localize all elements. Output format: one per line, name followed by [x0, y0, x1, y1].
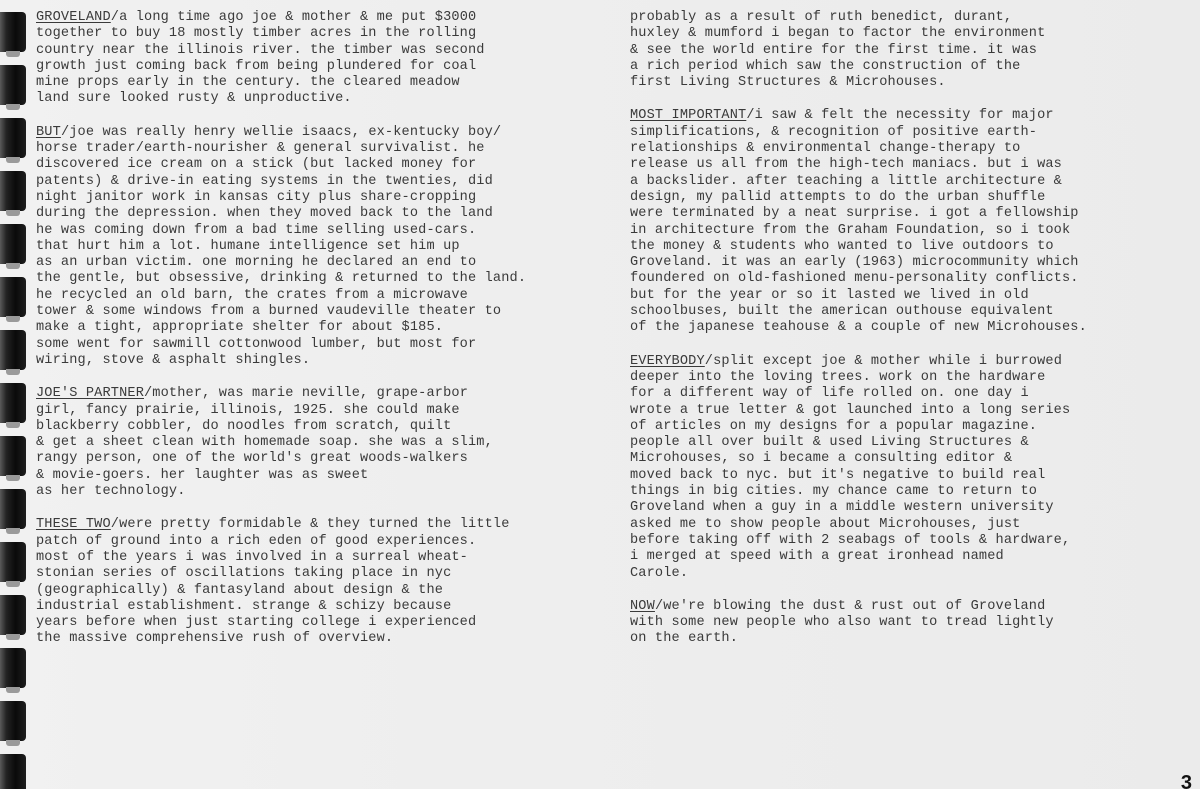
- paragraph: MOST IMPORTANT/i saw & felt the necessit…: [630, 108, 1087, 336]
- line-text: growth just coming back from being plund…: [36, 59, 476, 74]
- line-text: country near the illinois river. the tim…: [36, 43, 485, 58]
- line-text: the money & students who wanted to live …: [630, 239, 1054, 254]
- line-text: /a long time ago joe & mother & me put $…: [111, 10, 477, 25]
- text-line: moved back to nyc. but it's negative to …: [630, 468, 1087, 484]
- text-line: for a different way of life rolled on. o…: [630, 386, 1087, 402]
- binding-loop: [0, 436, 26, 476]
- text-line: deeper into the loving trees. work on th…: [630, 370, 1087, 386]
- text-line: together to buy 18 mostly timber acres i…: [36, 26, 526, 42]
- line-text: design, my pallid attempts to do the urb…: [630, 190, 1045, 205]
- text-line: things in big cities. my chance came to …: [630, 484, 1087, 500]
- line-text: but for the year or so it lasted we live…: [630, 288, 1029, 303]
- binding-loop: [0, 277, 26, 317]
- line-text: /split except joe & mother while i burro…: [705, 354, 1062, 369]
- text-line: foundered on old-fashioned menu-personal…: [630, 271, 1087, 287]
- line-text: as an urban victim. one morning he decla…: [36, 255, 476, 270]
- line-text: as her technology.: [36, 484, 186, 499]
- line-text: Groveland when a guy in a middle western…: [630, 500, 1054, 515]
- line-text: a rich period which saw the construction…: [630, 59, 1020, 74]
- line-text: discovered ice cream on a stick (but lac…: [36, 157, 476, 172]
- text-line: blackberry cobbler, do noodles from scra…: [36, 419, 526, 435]
- line-text: /joe was really henry wellie isaacs, ex-…: [61, 125, 501, 140]
- line-text: before taking off with 2 seabags of tool…: [630, 533, 1070, 548]
- line-text: the massive comprehensive rush of overvi…: [36, 631, 393, 646]
- line-text: for a different way of life rolled on. o…: [630, 386, 1029, 401]
- binding-loop: [0, 65, 26, 105]
- line-text: most of the years i was involved in a su…: [36, 550, 468, 565]
- text-line: land sure looked rusty & unproductive.: [36, 91, 526, 107]
- text-line: huxley & mumford i began to factor the e…: [630, 26, 1087, 42]
- text-line: patents) & drive-in eating systems in th…: [36, 174, 526, 190]
- line-text: that hurt him a lot. humane intelligence…: [36, 239, 460, 254]
- paragraph-lead: MOST IMPORTANT: [630, 108, 746, 123]
- binding-loop: [0, 224, 26, 264]
- line-text: asked me to show people about Microhouse…: [630, 517, 1020, 532]
- line-text: probably as a result of ruth benedict, d…: [630, 10, 1012, 25]
- line-text: (geographically) & fantasyland about des…: [36, 583, 443, 598]
- binding-loop: [0, 118, 26, 158]
- line-text: rangy person, one of the world's great w…: [36, 451, 468, 466]
- text-line: years before when just starting college …: [36, 615, 526, 631]
- paragraph-lead: EVERYBODY: [630, 354, 705, 369]
- line-text: Groveland. it was an early (1963) microc…: [630, 255, 1079, 270]
- text-line: wrote a true letter & got launched into …: [630, 403, 1087, 419]
- line-text: were terminated by a neat surprise. i go…: [630, 206, 1079, 221]
- text-line: (geographically) & fantasyland about des…: [36, 583, 526, 599]
- binding-loop: [0, 542, 26, 582]
- paragraph-lead: BUT: [36, 125, 61, 140]
- paragraph-lead: THESE TWO: [36, 517, 111, 532]
- text-line: he recycled an old barn, the crates from…: [36, 288, 526, 304]
- paragraph-lead: NOW: [630, 599, 655, 614]
- line-text: i merged at speed with a great ironhead …: [630, 549, 1004, 564]
- text-line: MOST IMPORTANT/i saw & felt the necessit…: [630, 108, 1087, 124]
- line-text: stonian series of oscillations taking pl…: [36, 566, 451, 581]
- text-line: mine props early in the century. the cle…: [36, 75, 526, 91]
- text-line: night janitor work in kansas city plus s…: [36, 190, 526, 206]
- paragraph: JOE'S PARTNER/mother, was marie neville,…: [36, 386, 526, 500]
- paragraph: probably as a result of ruth benedict, d…: [630, 10, 1087, 91]
- text-line: THESE TWO/were pretty formidable & they …: [36, 517, 526, 533]
- line-text: some went for sawmill cottonwood lumber,…: [36, 337, 476, 352]
- text-line: relationships & environmental change-the…: [630, 141, 1087, 157]
- text-line: asked me to show people about Microhouse…: [630, 517, 1087, 533]
- text-line: before taking off with 2 seabags of tool…: [630, 533, 1087, 549]
- binding-loop: [0, 489, 26, 529]
- line-text: /we're blowing the dust & rust out of Gr…: [655, 599, 1045, 614]
- text-line: of the japanese teahouse & a couple of n…: [630, 320, 1087, 336]
- binding-loop: [0, 330, 26, 370]
- line-text: /mother, was marie neville, grape-arbor: [144, 386, 468, 401]
- text-line: during the depression. when they moved b…: [36, 206, 526, 222]
- line-text: patch of ground into a rich eden of good…: [36, 534, 476, 549]
- text-line: that hurt him a lot. humane intelligence…: [36, 239, 526, 255]
- line-text: during the depression. when they moved b…: [36, 206, 493, 221]
- text-line: Groveland when a guy in a middle western…: [630, 500, 1087, 516]
- text-line: industrial establishment. strange & schi…: [36, 599, 526, 615]
- line-text: of articles on my designs for a popular …: [630, 419, 1037, 434]
- paragraph-lead: GROVELAND: [36, 10, 111, 25]
- text-line: some went for sawmill cottonwood lumber,…: [36, 337, 526, 353]
- text-line: & see the world entire for the first tim…: [630, 43, 1087, 59]
- text-line: girl, fancy prairie, illinois, 1925. she…: [36, 403, 526, 419]
- text-line: JOE'S PARTNER/mother, was marie neville,…: [36, 386, 526, 402]
- text-line: patch of ground into a rich eden of good…: [36, 534, 526, 550]
- binding-loop: [0, 701, 26, 741]
- line-text: mine props early in the century. the cle…: [36, 75, 460, 90]
- right-column: probably as a result of ruth benedict, d…: [630, 10, 1087, 665]
- text-line: release us all from the high-tech maniac…: [630, 157, 1087, 173]
- text-line: in architecture from the Graham Foundati…: [630, 223, 1087, 239]
- text-line: most of the years i was involved in a su…: [36, 550, 526, 566]
- binding-loop: [0, 754, 26, 789]
- line-text: years before when just starting college …: [36, 615, 476, 630]
- text-line: tower & some windows from a burned vaude…: [36, 304, 526, 320]
- text-line: GROVELAND/a long time ago joe & mother &…: [36, 10, 526, 26]
- line-text: Microhouses, so i became a consulting ed…: [630, 451, 1012, 466]
- binding-loop: [0, 383, 26, 423]
- line-text: first Living Structures & Microhouses.: [630, 75, 946, 90]
- line-text: huxley & mumford i began to factor the e…: [630, 26, 1045, 41]
- left-column: GROVELAND/a long time ago joe & mother &…: [36, 10, 526, 665]
- line-text: a backslider. after teaching a little ar…: [630, 174, 1062, 189]
- text-line: were terminated by a neat surprise. i go…: [630, 206, 1087, 222]
- line-text: wiring, stove & asphalt shingles.: [36, 353, 310, 368]
- text-line: as an urban victim. one morning he decla…: [36, 255, 526, 271]
- text-line: simplifications, & recognition of positi…: [630, 125, 1087, 141]
- paragraph: NOW/we're blowing the dust & rust out of…: [630, 599, 1087, 648]
- line-text: moved back to nyc. but it's negative to …: [630, 468, 1045, 483]
- line-text: schoolbuses, built the american outhouse…: [630, 304, 1054, 319]
- line-text: relationships & environmental change-the…: [630, 141, 1020, 156]
- text-line: with some new people who also want to tr…: [630, 615, 1087, 631]
- paragraph-lead: JOE'S PARTNER: [36, 386, 144, 401]
- line-text: girl, fancy prairie, illinois, 1925. she…: [36, 403, 460, 418]
- text-line: make a tight, appropriate shelter for ab…: [36, 320, 526, 336]
- line-text: deeper into the loving trees. work on th…: [630, 370, 1045, 385]
- line-text: & get a sheet clean with homemade soap. …: [36, 435, 493, 450]
- line-text: /i saw & felt the necessity for major: [746, 108, 1053, 123]
- line-text: he was coming down from a bad time selli…: [36, 223, 476, 238]
- line-text: industrial establishment. strange & schi…: [36, 599, 451, 614]
- line-text: & see the world entire for the first tim…: [630, 43, 1037, 58]
- paragraph: BUT/joe was really henry wellie isaacs, …: [36, 125, 526, 369]
- text-line: design, my pallid attempts to do the urb…: [630, 190, 1087, 206]
- line-text: patents) & drive-in eating systems in th…: [36, 174, 493, 189]
- line-text: blackberry cobbler, do noodles from scra…: [36, 419, 451, 434]
- text-line: & movie-goers. her laughter was as sweet: [36, 468, 526, 484]
- text-line: i merged at speed with a great ironhead …: [630, 549, 1087, 565]
- binding-loop: [0, 648, 26, 688]
- text-line: the money & students who wanted to live …: [630, 239, 1087, 255]
- text-line: country near the illinois river. the tim…: [36, 43, 526, 59]
- text-line: Carole.: [630, 566, 1087, 582]
- line-text: land sure looked rusty & unproductive.: [36, 91, 352, 106]
- text-line: growth just coming back from being plund…: [36, 59, 526, 75]
- line-text: of the japanese teahouse & a couple of n…: [630, 320, 1087, 335]
- text-line: of articles on my designs for a popular …: [630, 419, 1087, 435]
- line-text: things in big cities. my chance came to …: [630, 484, 1037, 499]
- text-line: the massive comprehensive rush of overvi…: [36, 631, 526, 647]
- line-text: together to buy 18 mostly timber acres i…: [36, 26, 476, 41]
- line-text: night janitor work in kansas city plus s…: [36, 190, 476, 205]
- text-line: on the earth.: [630, 631, 1087, 647]
- text-line: stonian series of oscillations taking pl…: [36, 566, 526, 582]
- line-text: wrote a true letter & got launched into …: [630, 403, 1070, 418]
- text-line: probably as a result of ruth benedict, d…: [630, 10, 1087, 26]
- line-text: foundered on old-fashioned menu-personal…: [630, 271, 1079, 286]
- text-line: a rich period which saw the construction…: [630, 59, 1087, 75]
- text-line: first Living Structures & Microhouses.: [630, 75, 1087, 91]
- text-line: he was coming down from a bad time selli…: [36, 223, 526, 239]
- page-number: 3: [1181, 772, 1192, 789]
- line-text: in architecture from the Graham Foundati…: [630, 223, 1070, 238]
- text-line: & get a sheet clean with homemade soap. …: [36, 435, 526, 451]
- text-line: rangy person, one of the world's great w…: [36, 451, 526, 467]
- paragraph: EVERYBODY/split except joe & mother whil…: [630, 354, 1087, 582]
- binding-loop: [0, 171, 26, 211]
- text-line: Microhouses, so i became a consulting ed…: [630, 451, 1087, 467]
- line-text: make a tight, appropriate shelter for ab…: [36, 320, 443, 335]
- paragraph: GROVELAND/a long time ago joe & mother &…: [36, 10, 526, 108]
- text-line: as her technology.: [36, 484, 526, 500]
- text-line: people all over built & used Living Stru…: [630, 435, 1087, 451]
- binding-loop: [0, 595, 26, 635]
- text-line: horse trader/earth-nourisher & general s…: [36, 141, 526, 157]
- line-text: /were pretty formidable & they turned th…: [111, 517, 510, 532]
- text-line: NOW/we're blowing the dust & rust out of…: [630, 599, 1087, 615]
- line-text: horse trader/earth-nourisher & general s…: [36, 141, 485, 156]
- line-text: tower & some windows from a burned vaude…: [36, 304, 501, 319]
- text-line: wiring, stove & asphalt shingles.: [36, 353, 526, 369]
- text-line: discovered ice cream on a stick (but lac…: [36, 157, 526, 173]
- text-line: but for the year or so it lasted we live…: [630, 288, 1087, 304]
- text-line: BUT/joe was really henry wellie isaacs, …: [36, 125, 526, 141]
- text-line: a backslider. after teaching a little ar…: [630, 174, 1087, 190]
- line-text: the gentle, but obsessive, drinking & re…: [36, 271, 526, 286]
- text-line: schoolbuses, built the american outhouse…: [630, 304, 1087, 320]
- binding-loop: [0, 12, 26, 52]
- text-line: the gentle, but obsessive, drinking & re…: [36, 271, 526, 287]
- spiral-binding: [0, 0, 40, 789]
- line-text: on the earth.: [630, 631, 738, 646]
- text-line: Groveland. it was an early (1963) microc…: [630, 255, 1087, 271]
- line-text: he recycled an old barn, the crates from…: [36, 288, 468, 303]
- paragraph: THESE TWO/were pretty formidable & they …: [36, 517, 526, 647]
- text-line: EVERYBODY/split except joe & mother whil…: [630, 354, 1087, 370]
- line-text: people all over built & used Living Stru…: [630, 435, 1029, 450]
- line-text: release us all from the high-tech maniac…: [630, 157, 1062, 172]
- line-text: simplifications, & recognition of positi…: [630, 125, 1037, 140]
- line-text: & movie-goers. her laughter was as sweet: [36, 468, 368, 483]
- line-text: Carole.: [630, 566, 688, 581]
- line-text: with some new people who also want to tr…: [630, 615, 1054, 630]
